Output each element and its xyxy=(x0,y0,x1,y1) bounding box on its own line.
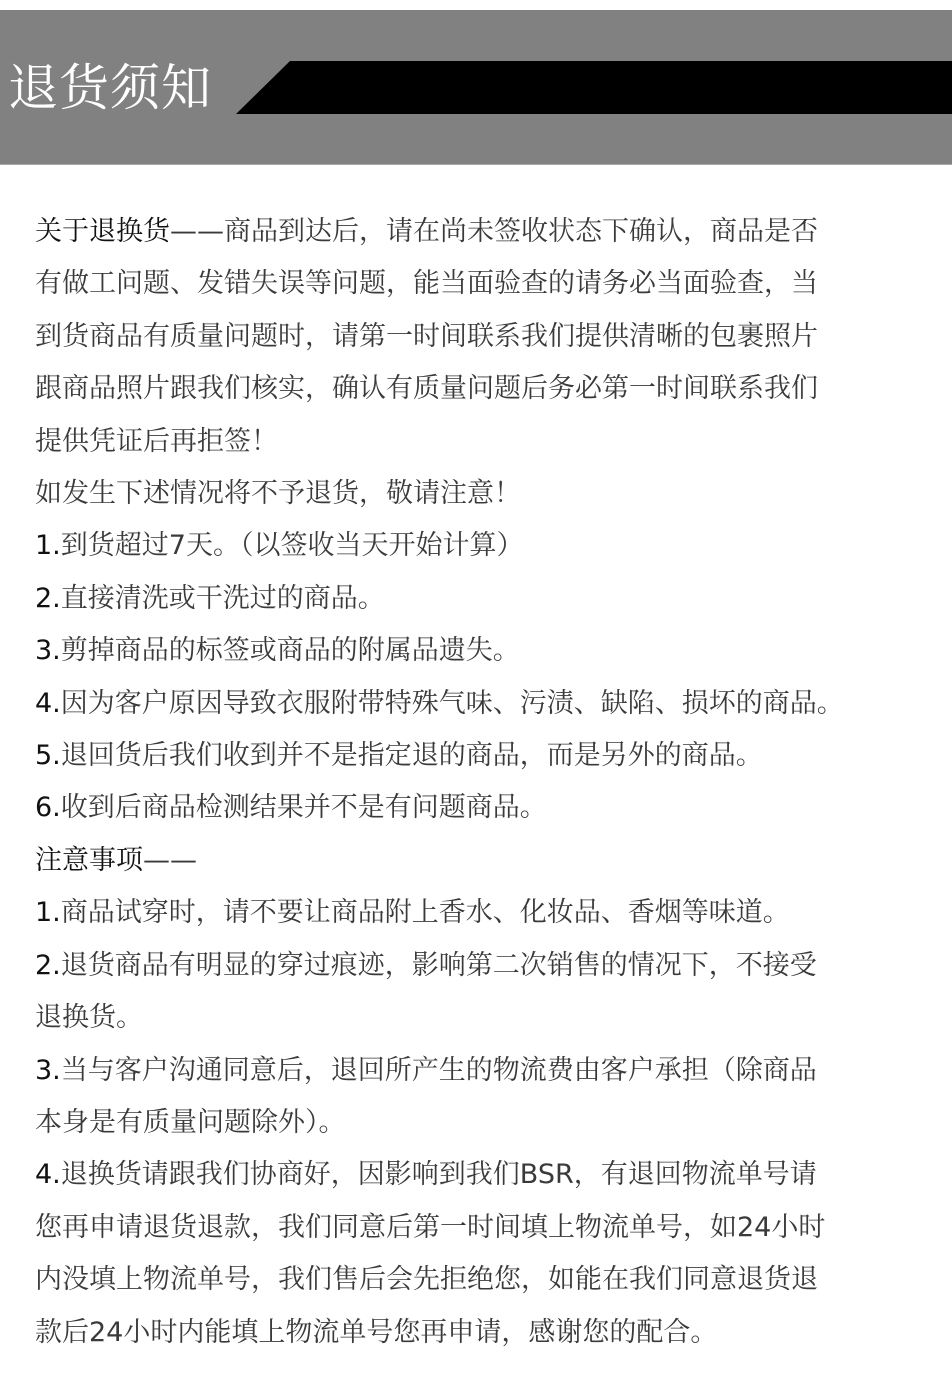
no-return-heading: 如发生下述情况将不予退货，敬请注意！ xyxy=(35,468,935,520)
intro-line: 提供凭证后再拒签！ xyxy=(35,416,935,468)
header-banner: 退货须知 xyxy=(0,10,952,165)
page-title: 退货须知 xyxy=(8,58,212,118)
note-item-cont: 内没填上物流单号，我们售后会先拒绝您，如能在我们同意退货退 xyxy=(35,1254,935,1306)
note-item-cont: 本身是有质量问题除外）。 xyxy=(35,1097,935,1149)
no-return-item: 1.到货超过7天。（以签收当天开始计算） xyxy=(35,520,935,572)
note-item: 3.当与客户沟通同意后，退回所产生的物流费由客户承担（除商品 xyxy=(35,1045,935,1097)
notes-heading: 注意事项—— xyxy=(35,835,935,887)
no-return-item: 5.退回货后我们收到并不是指定退的商品，而是另外的商品。 xyxy=(35,730,935,782)
intro-lead: 关于退换货 xyxy=(35,216,170,247)
note-item: 2.退货商品有明显的穿过痕迹，影响第二次销售的情况下，不接受 xyxy=(35,940,935,992)
note-item-cont: 您再申请退货退款，我们同意后第一时间填上物流单号，如24小时 xyxy=(35,1202,935,1254)
note-item-cont: 款后24小时内能填上物流单号您再申请，感谢您的配合。 xyxy=(35,1307,935,1359)
no-return-item: 2.直接清洗或干洗过的商品。 xyxy=(35,573,935,625)
no-return-item: 6.收到后商品检测结果并不是有问题商品。 xyxy=(35,782,935,834)
note-item-cont: 退换货。 xyxy=(35,992,935,1044)
intro-line: 跟商品照片跟我们核实，确认有质量问题后务必第一时间联系我们 xyxy=(35,363,935,415)
note-item: 4.退换货请跟我们协商好，因影响到我们BSR，有退回物流单号请 xyxy=(35,1149,935,1201)
no-return-item: 4.因为客户原因导致衣服附带特殊气味、污渍、缺陷、损坏的商品。 xyxy=(35,678,935,730)
decorative-bar xyxy=(236,61,952,114)
return-policy-content: 关于退换货——商品到达后，请在尚未签收状态下确认，商品是否 有做工问题、发错失误… xyxy=(35,206,935,1359)
intro-line: 有做工问题、发错失误等问题，能当面验查的请务必当面验查，当 xyxy=(35,258,935,310)
note-item: 1.商品试穿时，请不要让商品附上香水、化妆品、香烟等味道。 xyxy=(35,887,935,939)
no-return-item: 3.剪掉商品的标签或商品的附属品遗失。 xyxy=(35,625,935,677)
intro-line: 到货商品有质量问题时，请第一时间联系我们提供清晰的包裹照片 xyxy=(35,311,935,363)
intro-line: 关于退换货——商品到达后，请在尚未签收状态下确认，商品是否 xyxy=(35,206,935,258)
